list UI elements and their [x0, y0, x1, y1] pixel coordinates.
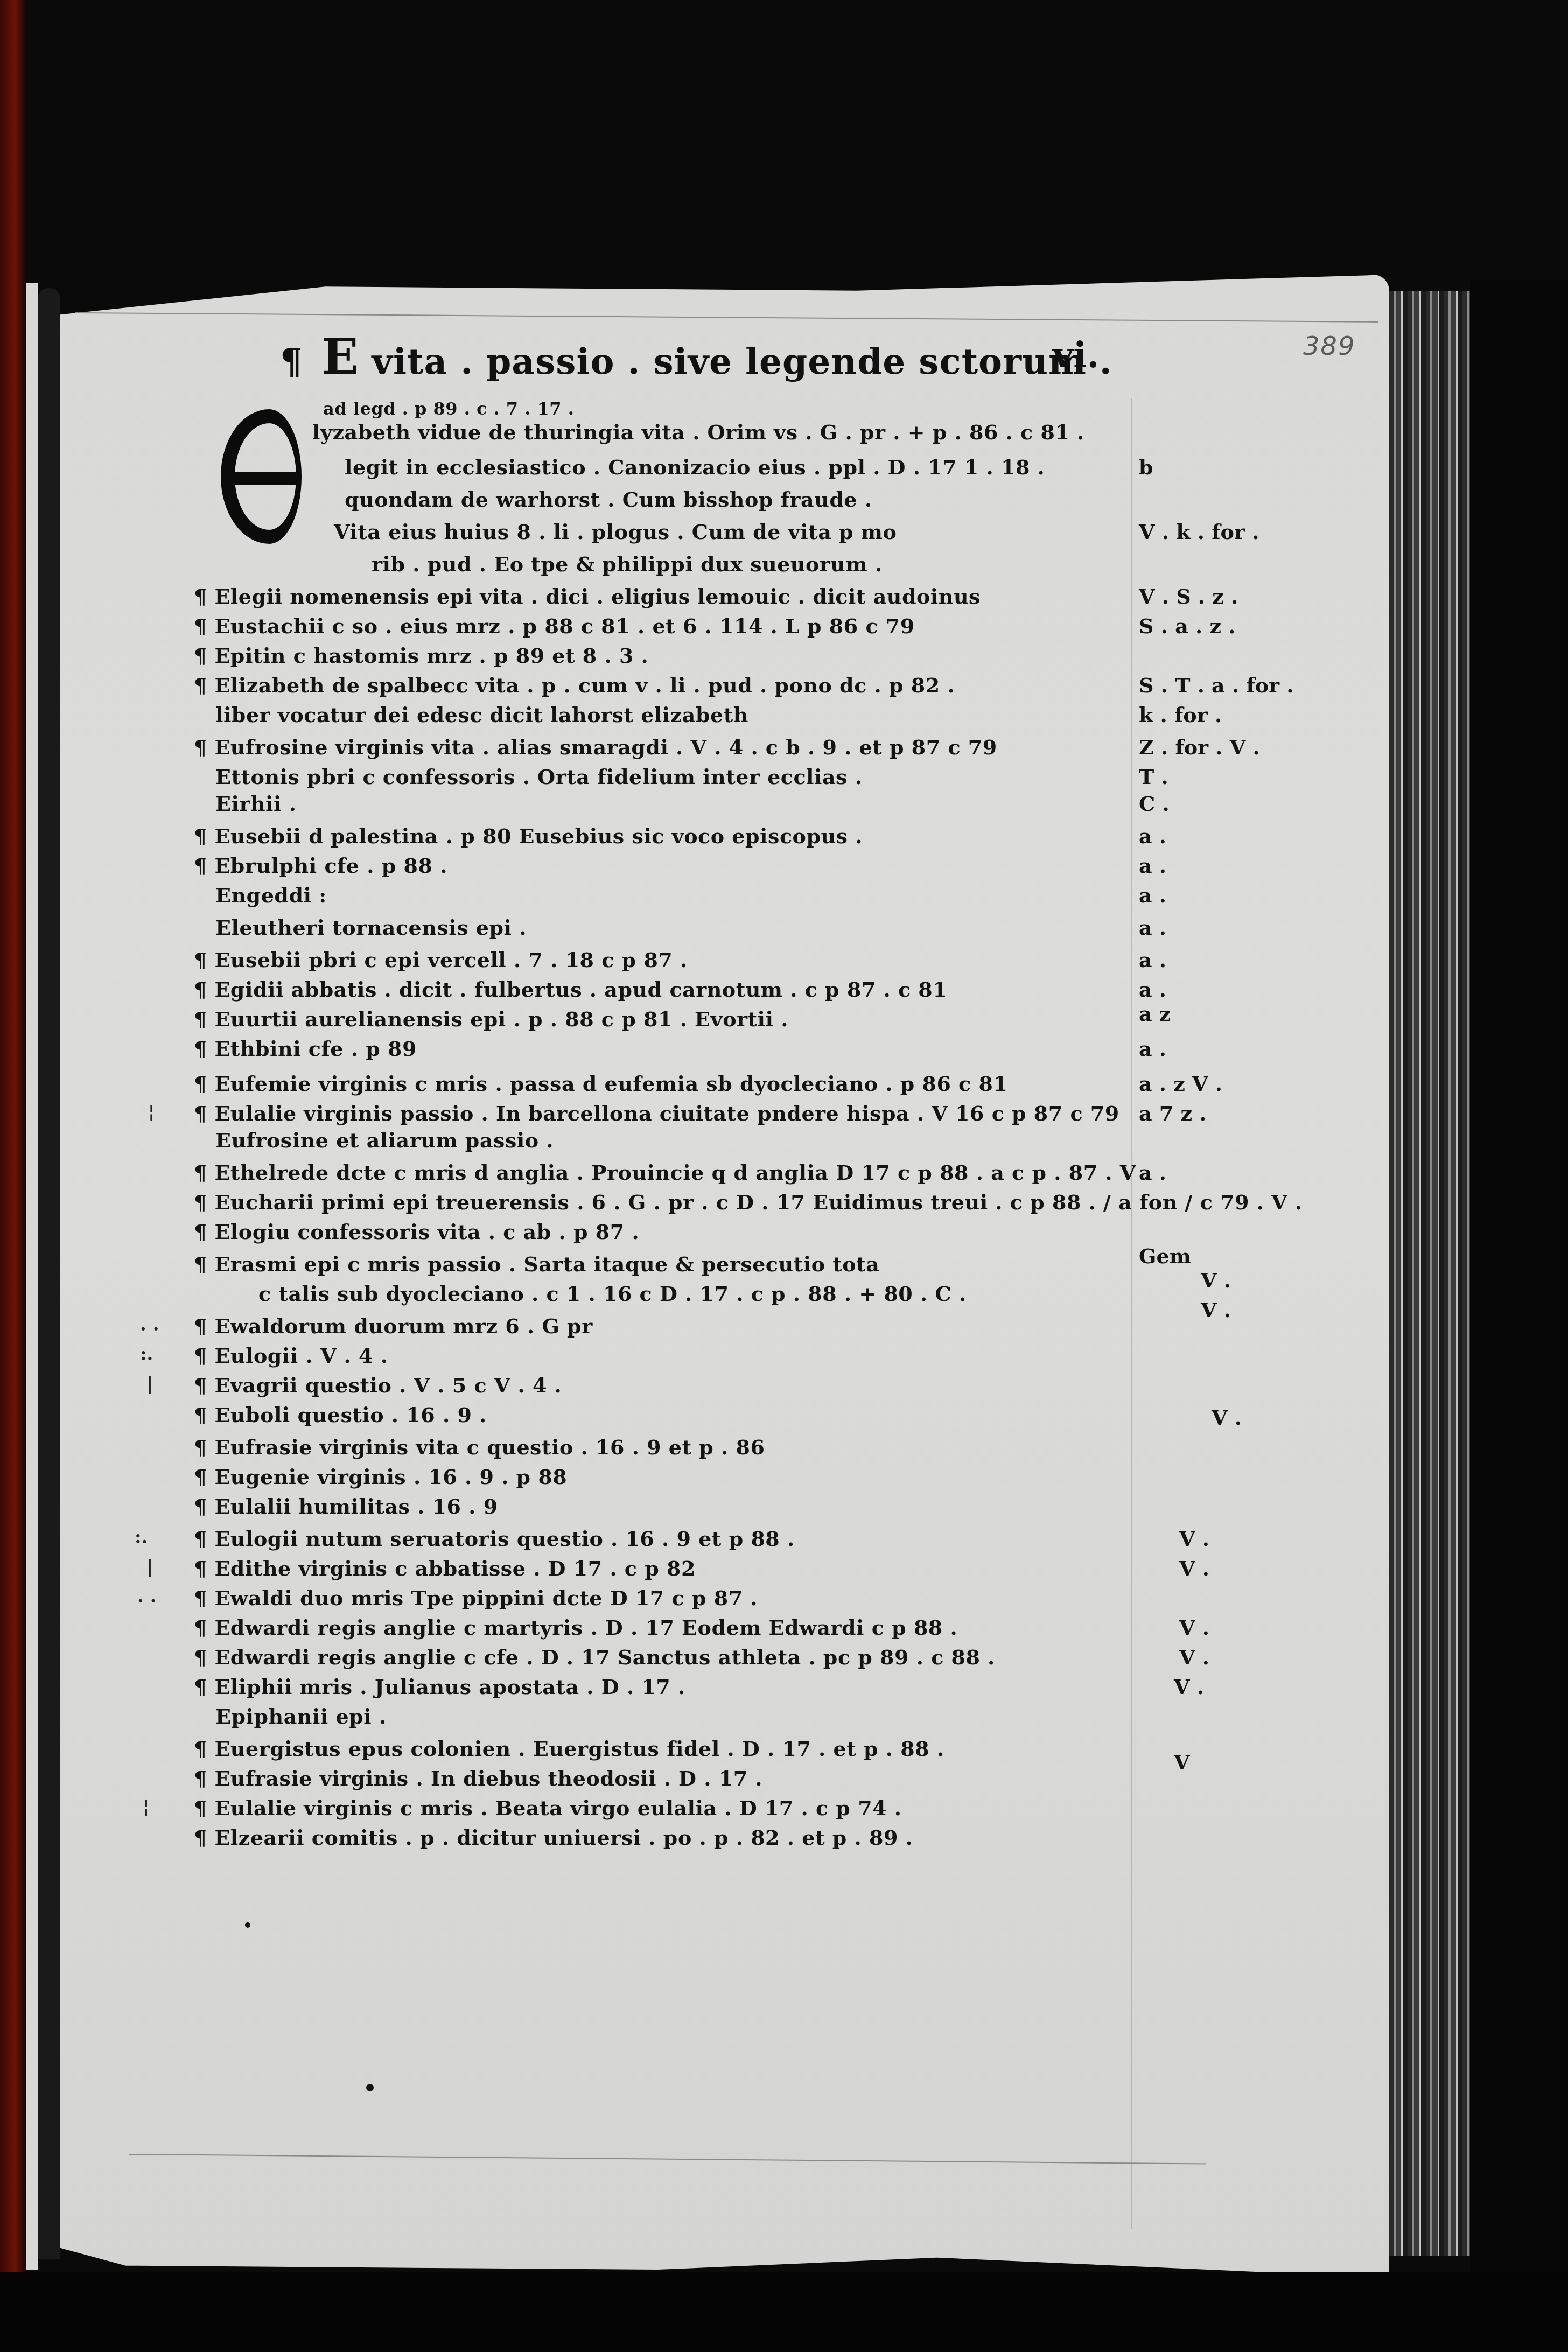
manuscript-entry-line: ¶ Ewaldi duo mris Tpe pippini dcte D 17 …: [194, 1586, 758, 1610]
margin-annotation: V .: [1201, 1298, 1231, 1322]
left-margin-mark: . .: [137, 1586, 157, 1607]
manuscript-entry-line: ¶ Eusebii d palestina . p 80 Eusebius si…: [194, 824, 863, 848]
margin-annotation: V .: [1179, 1615, 1209, 1640]
folio-number: 389: [1303, 331, 1356, 361]
left-margin-mark: ¦: [148, 1101, 155, 1123]
page-heading: ¶ E vita . passio . sive legende sctorum…: [280, 328, 1112, 386]
margin-annotation: S . a . z .: [1139, 614, 1235, 638]
manuscript-entry-line: ¶ Ewaldorum duorum mrz 6 . G pr: [194, 1314, 593, 1338]
manuscript-entry-line: lyzabeth vidue de thuringia vita . Orim …: [312, 420, 1084, 444]
heading-text: vita . passio . sive legende sctorum .: [372, 340, 1112, 382]
manuscript-entry-line: quondam de warhorst . Cum bisshop fraude…: [345, 487, 872, 512]
margin-annotation: V .: [1179, 1527, 1209, 1551]
left-margin-mark: :.: [140, 1343, 153, 1365]
margin-annotation: T .: [1139, 765, 1168, 789]
margin-annotation: V .: [1212, 1405, 1242, 1430]
margin-annotation: Gem: [1139, 1244, 1191, 1268]
manuscript-entry-line: ¶ Eulalie virginis c mris . Beata virgo …: [194, 1796, 901, 1820]
manuscript-entry-line: ¶ Euurtii aurelianensis epi . p . 88 c p…: [194, 1007, 788, 1031]
margin-annotation: a .: [1139, 883, 1166, 907]
manuscript-entry-line: ¶ Euboli questio . 16 . 9 .: [194, 1403, 487, 1427]
dark-background-right: [1470, 280, 1568, 2352]
manuscript-entry-line: ¶ Eulalii humilitas . 16 . 9: [194, 1494, 498, 1518]
manuscript-entry-line: ¶ Evagrii questio . V . 5 c V . 4 .: [194, 1373, 562, 1397]
manuscript-entry-line: Eufrosine et aliarum passio .: [215, 1128, 554, 1152]
manuscript-entry-line: ad legd . p 89 . c . 7 . 17 .: [323, 398, 574, 419]
manuscript-entry-line: ¶ Edwardi regis anglie c cfe . D . 17 Sa…: [194, 1645, 995, 1669]
dark-background-bottom: [0, 2272, 1568, 2352]
margin-annotation: a .: [1139, 915, 1166, 940]
margin-annotation: a .: [1139, 977, 1166, 1002]
manuscript-entry-line: Ettonis pbri c confessoris . Orta fideli…: [215, 765, 862, 789]
left-margin-mark: |: [146, 1556, 153, 1578]
margin-annotation: Z . for . V .: [1139, 735, 1260, 759]
manuscript-entry-line: ¶ Eugenie virginis . 16 . 9 . p 88: [194, 1465, 567, 1489]
margin-annotation: V . S . z .: [1139, 584, 1238, 608]
margin-annotation: a .: [1139, 948, 1166, 972]
red-background-strip: [0, 0, 26, 2352]
margin-annotation: k . for .: [1139, 703, 1222, 727]
manuscript-entry-line: ¶ Eufrasie virginis vita c questio . 16 …: [194, 1435, 765, 1459]
heading-initial: E: [321, 328, 359, 386]
manuscript-entry-line: ¶ Eusebii pbri c epi vercell . 7 . 18 c …: [194, 948, 688, 972]
manuscript-entry-line: ¶ Eufemie virginis c mris . passa d eufe…: [194, 1072, 1007, 1096]
manuscript-entry-line: ¶ Ethbini cfe . p 89: [194, 1037, 417, 1061]
margin-annotation: a .: [1139, 853, 1166, 878]
manuscript-entry-line: Epiphanii epi .: [215, 1704, 387, 1728]
manuscript-entry-line: ¶ Eustachii c so . eius mrz . p 88 c 81 …: [194, 614, 915, 638]
manuscript-entry-line: ¶ Eliphii mris . Julianus apostata . D .…: [194, 1675, 685, 1699]
manuscript-entry-line: ¶ Edithe virginis c abbatisse . D 17 . c…: [194, 1556, 696, 1580]
manuscript-entry-line: ¶ Euergistus epus colonien . Euergistus …: [194, 1737, 944, 1761]
manuscript-entry-line: ¶ Egidii abbatis . dicit . fulbertus . a…: [194, 977, 947, 1002]
manuscript-entry-line: ¶ Erasmi epi c mris passio . Sarta itaqu…: [194, 1252, 879, 1276]
margin-annotation: b: [1139, 455, 1153, 479]
margin-annotation: a .: [1139, 1037, 1166, 1061]
margin-annotation: a 7 z .: [1139, 1101, 1207, 1125]
manuscript-entry-line: ¶ Eufrasie virginis . In diebus theodosi…: [194, 1766, 762, 1790]
left-margin-mark: |: [146, 1373, 153, 1395]
manuscript-entry-line: ¶ Elegii nomenensis epi vita . dici . el…: [194, 584, 981, 608]
margin-annotation: V .: [1179, 1556, 1209, 1580]
manuscript-entry-line: legit in ecclesiastico . Canonizacio eiu…: [345, 455, 1045, 479]
manuscript-entry-line: Eleutheri tornacensis epi .: [215, 915, 527, 940]
manuscript-entry-line: ¶ Eufrosine virginis vita . alias smarag…: [194, 735, 997, 759]
pilcrow-mark: ¶: [280, 340, 303, 382]
margin-annotation: V . k . for .: [1139, 520, 1259, 544]
manuscript-entry-line: ¶ Elogiu confessoris vita . c ab . p 87 …: [194, 1220, 639, 1244]
manuscript-entry-line: ¶ Ebrulphi cfe . p 88 .: [194, 853, 447, 878]
manuscript-entry-line: ¶ Eulogii . V . 4 .: [194, 1343, 388, 1368]
page-stack-fore-edge: [1389, 291, 1470, 2256]
manuscript-entry-line: ¶ Eucharii primi epi treuerensis . 6 . G…: [194, 1190, 1303, 1214]
binding-gutter: [38, 288, 60, 2259]
manuscript-entry-line: liber vocatur dei edesc dicit lahorst el…: [215, 703, 748, 727]
manuscript-entry-line: ¶ Epitin c hastomis mrz . p 89 et 8 . 3 …: [194, 643, 648, 668]
left-margin-mark: :.: [135, 1527, 148, 1548]
manuscript-entry-line: ¶ Ethelrede dcte c mris d anglia . Proui…: [194, 1160, 1151, 1185]
margin-annotation: a .: [1139, 824, 1166, 848]
manuscript-entry-line: ¶ Edwardi regis anglie c martyris . D . …: [194, 1615, 957, 1640]
manuscript-entry-line: Eirhii .: [215, 792, 296, 816]
margin-annotation: V .: [1201, 1268, 1231, 1292]
margin-annotation: V: [1174, 1750, 1189, 1774]
manuscript-entry-line: rib . pud . Eo tpe & philippi dux sueuor…: [372, 552, 883, 576]
margin-annotation: V .: [1174, 1675, 1204, 1699]
manuscript-entry-line: ¶ Eulalie virginis passio . In barcellon…: [194, 1101, 1119, 1125]
left-margin-mark: . .: [140, 1314, 159, 1335]
ink-blot: [245, 1922, 250, 1928]
facing-page-edge: [26, 283, 38, 2270]
margin-annotation: a . z V .: [1139, 1072, 1222, 1096]
margin-annotation: a z: [1139, 1002, 1171, 1026]
left-margin-mark: ¦: [143, 1796, 149, 1817]
ink-blot: [366, 2084, 374, 2091]
manuscript-entry-line: c talis sub dyocleciano . c 1 . 16 c D .…: [258, 1282, 967, 1306]
manuscript-entry-line: ¶ Elzearii comitis . p . dicitur uniuers…: [194, 1825, 913, 1850]
ruling-line-column: [1131, 398, 1132, 2229]
manuscript-entry-line: ¶ Elizabeth de spalbecc vita . p . cum v…: [194, 673, 955, 697]
manuscript-entry-line: Engeddi :: [215, 883, 327, 907]
section-number: vi.: [1053, 334, 1099, 376]
manuscript-entry-line: Vita eius huius 8 . li . plogus . Cum de…: [334, 520, 897, 544]
margin-annotation: a .: [1139, 1160, 1166, 1185]
margin-annotation: C .: [1139, 792, 1170, 816]
manuscript-entry-line: ¶ Eulogii nutum seruatoris questio . 16 …: [194, 1527, 795, 1551]
margin-annotation: V .: [1179, 1645, 1209, 1669]
margin-annotation: S . T . a . for .: [1139, 673, 1294, 697]
